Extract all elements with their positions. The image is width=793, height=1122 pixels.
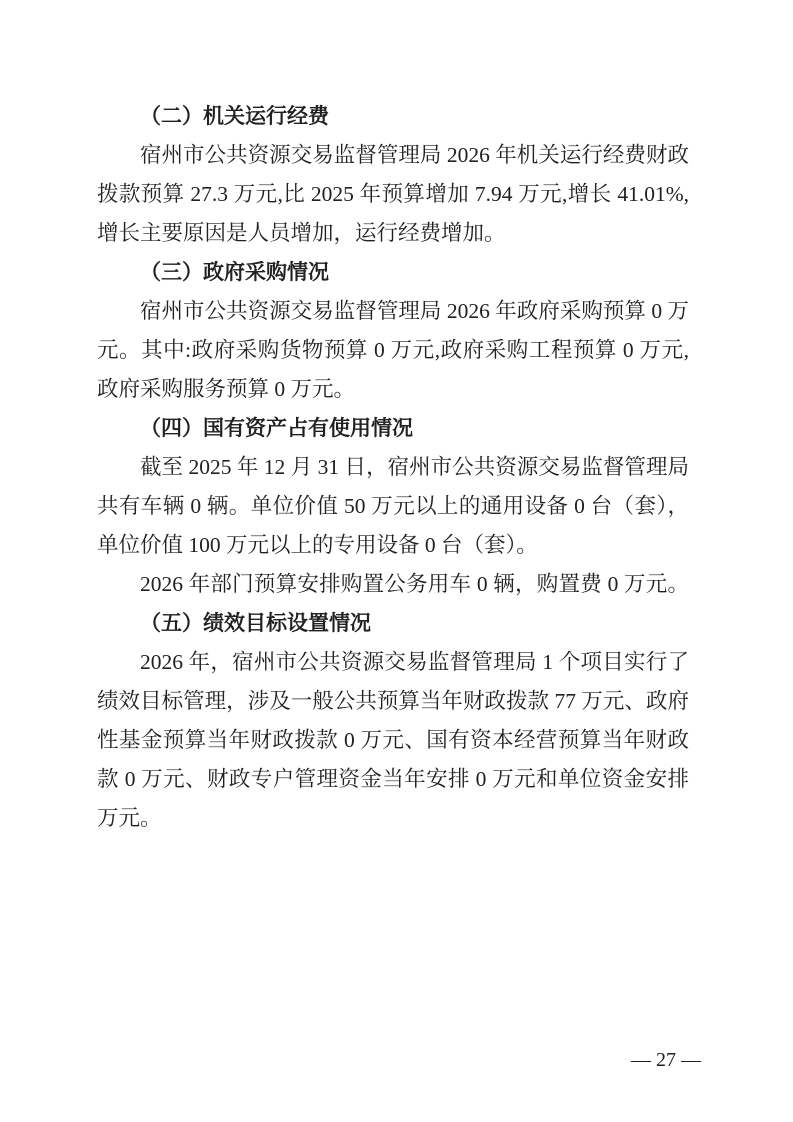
text-line: 宿州市公共资源交易监督管理局 2026 年机关运行经费财政 — [97, 136, 689, 175]
text-line: 绩效目标管理，涉及一般公共预算当年财政拨款 77 万元、政府 — [97, 682, 689, 721]
section-heading-4: （四）国有资产占有使用情况 — [97, 409, 689, 448]
text-line: 2026 年，宿州市公共资源交易监督管理局 1 个项目实行了 — [97, 643, 689, 682]
page-number: — 27 — — [631, 1046, 701, 1074]
document-page: （二）机关运行经费 宿州市公共资源交易监督管理局 2026 年机关运行经费财政 … — [0, 0, 793, 1122]
text-line: 截至 2025 年 12 月 31 日，宿州市公共资源交易监督管理局 — [97, 448, 689, 487]
text-line: 元。其中:政府采购货物预算 0 万元,政府采购工程预算 0 万元, — [97, 331, 689, 370]
text-line: 拨款预算 27.3 万元,比 2025 年预算增加 7.94 万元,增长 41.… — [97, 175, 689, 214]
section-heading-2: （二）机关运行经费 — [97, 97, 689, 136]
section-heading-5: （五）绩效目标设置情况 — [97, 604, 689, 643]
text-line: 2026 年部门预算安排购置公务用车 0 辆，购置费 0 万元。 — [97, 565, 689, 604]
text-line: 增长主要原因是人员增加，运行经费增加。 — [97, 214, 689, 253]
section-heading-3: （三）政府采购情况 — [97, 253, 689, 292]
text-line: 性基金预算当年财政拨款 0 万元、国有资本经营预算当年财政拨 — [97, 721, 689, 760]
text-line: 共有车辆 0 辆。单位价值 50 万元以上的通用设备 0 台（套）， — [97, 487, 689, 526]
text-line: 款 0 万元、财政专户管理资金当年安排 0 万元和单位资金安排 0 — [97, 760, 689, 799]
text-line: 单位价值 100 万元以上的专用设备 0 台（套）。 — [97, 526, 689, 565]
document-body: （二）机关运行经费 宿州市公共资源交易监督管理局 2026 年机关运行经费财政 … — [97, 97, 689, 838]
text-line: 宿州市公共资源交易监督管理局 2026 年政府采购预算 0 万 — [97, 292, 689, 331]
text-line: 万元。 — [97, 799, 689, 838]
text-line: 政府采购服务预算 0 万元。 — [97, 370, 689, 409]
